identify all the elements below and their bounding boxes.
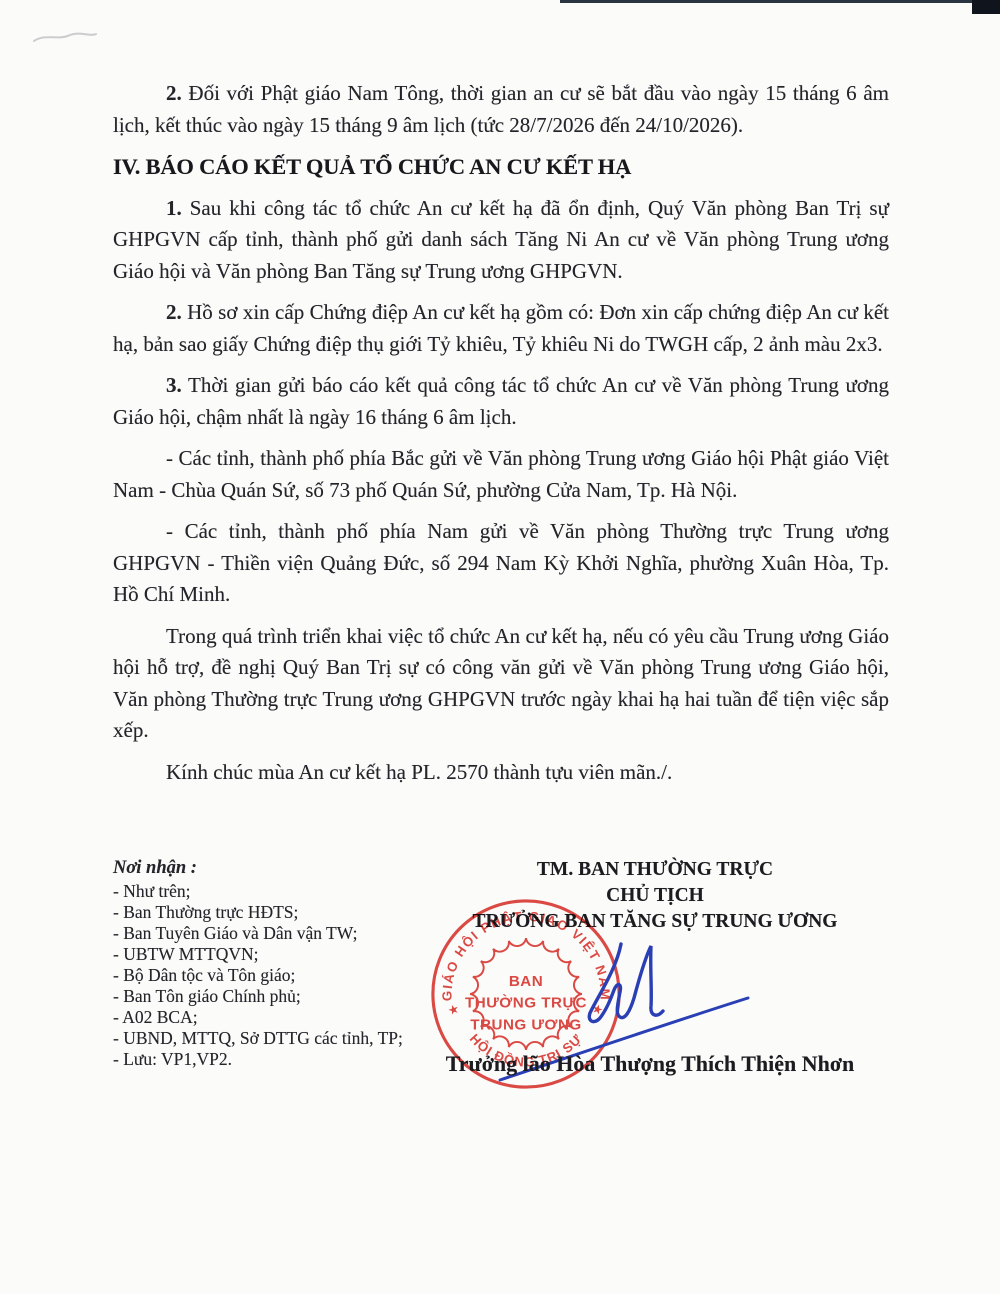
recipient-item: - Bộ Dân tộc và Tôn giáo; xyxy=(113,965,473,986)
paragraph-report-3: 3. Thời gian gửi báo cáo kết quả công tá… xyxy=(113,370,889,433)
recipient-item: - Ban Tuyên Giáo và Dân vận TW; xyxy=(113,923,473,944)
scan-corner-mark xyxy=(972,0,1000,14)
paragraph-report-1: 1. Sau khi công tác tổ chức An cư kết hạ… xyxy=(113,193,889,288)
paragraph-text: Đối với Phật giáo Nam Tông, thời gian an… xyxy=(113,81,889,137)
paragraph-north-address: - Các tỉnh, thành phố phía Bắc gửi về Vă… xyxy=(113,443,889,506)
recipients-section: Nơi nhận : - Như trên; - Ban Thường trực… xyxy=(113,858,473,1070)
section-heading: IV. BÁO CÁO KẾT QUẢ TỔ CHỨC AN CƯ KẾT HẠ xyxy=(113,151,889,183)
paragraph-report-2: 2. Hồ sơ xin cấp Chứng điệp An cư kết hạ… xyxy=(113,297,889,360)
recipient-item: - UBND, MTTQ, Sở DTTG các tỉnh, TP; xyxy=(113,1028,473,1049)
scanned-document-page: { "colors": { "ink": "#24242a", "stamp_r… xyxy=(0,0,1000,1294)
recipient-item: - Lưu: VP1,VP2. xyxy=(113,1049,473,1070)
seal-inner-line-1: BAN xyxy=(509,973,543,990)
recipient-item: - Như trên; xyxy=(113,881,473,902)
paragraph-text: Hồ sơ xin cấp Chứng điệp An cư kết hạ gồ… xyxy=(113,300,889,356)
seal-star-left-icon: ★ xyxy=(447,1003,460,1018)
seal-star-right-icon: ★ xyxy=(591,1003,604,1018)
recipient-item: - UBTW MTTQVN; xyxy=(113,944,473,965)
signature-org-line: TM. BAN THƯỜNG TRỰC xyxy=(450,857,860,883)
paragraph-number: 2. xyxy=(166,300,182,324)
document-body: 2. Đối với Phật giáo Nam Tông, thời gian… xyxy=(113,78,889,798)
seal-inner-line-2: THƯỜNG TRỰC xyxy=(465,994,587,1012)
paragraph-nam-tong: 2. Đối với Phật giáo Nam Tông, thời gian… xyxy=(113,78,889,141)
signer-name: Trưởng lão Hòa Thượng Thích Thiện Nhơn xyxy=(420,1051,880,1077)
paragraph-number: 3. xyxy=(166,373,182,397)
seal-inner-line-3: TRUNG ƯƠNG xyxy=(470,1016,581,1033)
paragraph-number: 1. xyxy=(166,196,182,220)
paragraph-text: Thời gian gửi báo cáo kết quả công tác t… xyxy=(113,373,889,429)
paragraph-text: Sau khi công tác tổ chức An cư kết hạ đã… xyxy=(113,196,889,283)
recipient-item: - A02 BCA; xyxy=(113,1007,473,1028)
recipient-item: - Ban Thường trực HĐTS; xyxy=(113,902,473,923)
pencil-scribble xyxy=(30,24,100,50)
recipient-item: - Ban Tôn giáo Chính phủ; xyxy=(113,986,473,1007)
recipients-label: Nơi nhận : xyxy=(113,858,473,879)
paragraph-number: 2. xyxy=(166,81,182,105)
scan-edge-strip xyxy=(560,0,1000,3)
paragraph-support-request: Trong quá trình triển khai việc tổ chức … xyxy=(113,621,889,747)
paragraph-south-address: - Các tỉnh, thành phố phía Nam gửi về Vă… xyxy=(113,516,889,611)
paragraph-closing-wish: Kính chúc mùa An cư kết hạ PL. 2570 thàn… xyxy=(113,757,889,789)
